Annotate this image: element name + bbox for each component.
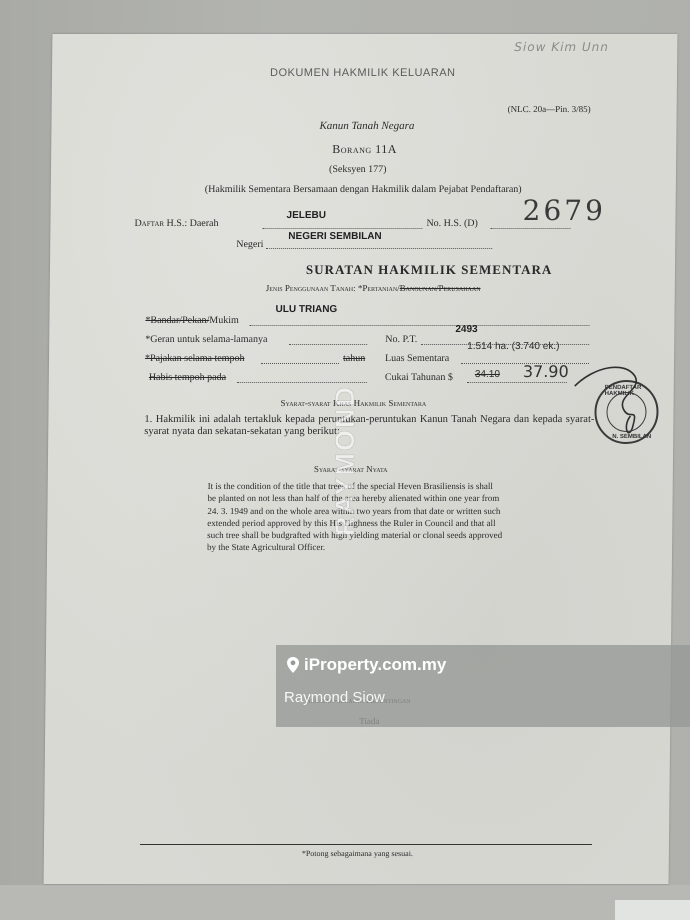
cukai-dotted-line	[467, 382, 567, 383]
clause-1: 1. Hakmilik ini adalah tertakluk kepada …	[144, 414, 594, 438]
hs-no-label: No. H.S. (D)	[426, 218, 478, 229]
pt-no-label: No. P.T.	[385, 334, 417, 345]
footnote-divider	[140, 844, 592, 845]
hs-no-dotted-line	[490, 228, 570, 229]
luas-label: Luas Sementara	[385, 353, 449, 364]
handwritten-note: Siow Kim Unn	[514, 40, 609, 54]
habis-dotted-line	[237, 382, 367, 383]
cukai-value: 37.90	[523, 362, 569, 381]
act-name: Kanun Tanah Negara	[319, 120, 414, 132]
document-subtitle: (Hakmilik Sementara Bersamaan dengan Hak…	[205, 184, 522, 195]
background-object	[615, 900, 690, 920]
listing-watermark-banner: iProperty.com.my Raymond Siow	[276, 645, 690, 727]
negeri-value: NEGERI SEMBILAN	[288, 231, 381, 242]
pajakan-suffix: tahun	[343, 353, 365, 364]
negeri-dotted-line	[266, 248, 492, 249]
mukim-dotted-line	[249, 325, 589, 326]
daftar-label: Daftar H.S.: Daerah	[134, 218, 218, 229]
agent-vertical-watermark: RAYMOND	[330, 385, 361, 536]
negeri-label: Negeri	[236, 239, 263, 250]
habis-tempoh-label: Habis tempoh pada	[149, 372, 226, 383]
hs-no-value: 2679	[522, 194, 606, 227]
mukim-value: ULU TRIANG	[276, 304, 338, 315]
background-surface	[0, 885, 690, 920]
document-header: DOKUMEN HAKMILIK KELUARAN	[270, 67, 456, 79]
daerah-value: JELEBU	[286, 210, 326, 221]
cukai-label: Cukai Tahunan $	[385, 372, 453, 383]
document-title: SURATAN HAKMILIK SEMENTARA	[306, 262, 552, 278]
mukim-label: *Bandar/Pekan/Mukim	[145, 315, 238, 326]
site-logo: iProperty.com.my	[286, 655, 446, 675]
geran-dotted-line	[289, 344, 367, 345]
site-name: iProperty.com.my	[304, 655, 446, 675]
cukai-struck-value: 34.10	[475, 369, 500, 380]
location-pin-icon	[286, 656, 300, 674]
geran-label: *Geran untuk selama-lamanya	[145, 334, 267, 345]
footnote: *Potong sebagaimana yang sesuai.	[302, 849, 413, 858]
agent-name: Raymond Siow	[284, 689, 385, 706]
pajakan-dotted-line	[261, 363, 339, 364]
pajakan-label: *Pajakan selama tempoh	[145, 353, 245, 364]
form-name: Borang 11A	[332, 142, 397, 157]
land-use-row: Jenis Penggunaan Tanah: *Pertanian/Bangu…	[266, 283, 481, 293]
pt-no-value: 2493	[455, 324, 477, 335]
daerah-dotted-line	[262, 228, 422, 229]
form-code: (NLC. 20a—Pin. 3/85)	[508, 104, 591, 114]
section-ref: (Seksyen 177)	[329, 164, 387, 175]
luas-value: 1.514 ha. (3.740 ek.)	[467, 341, 559, 352]
